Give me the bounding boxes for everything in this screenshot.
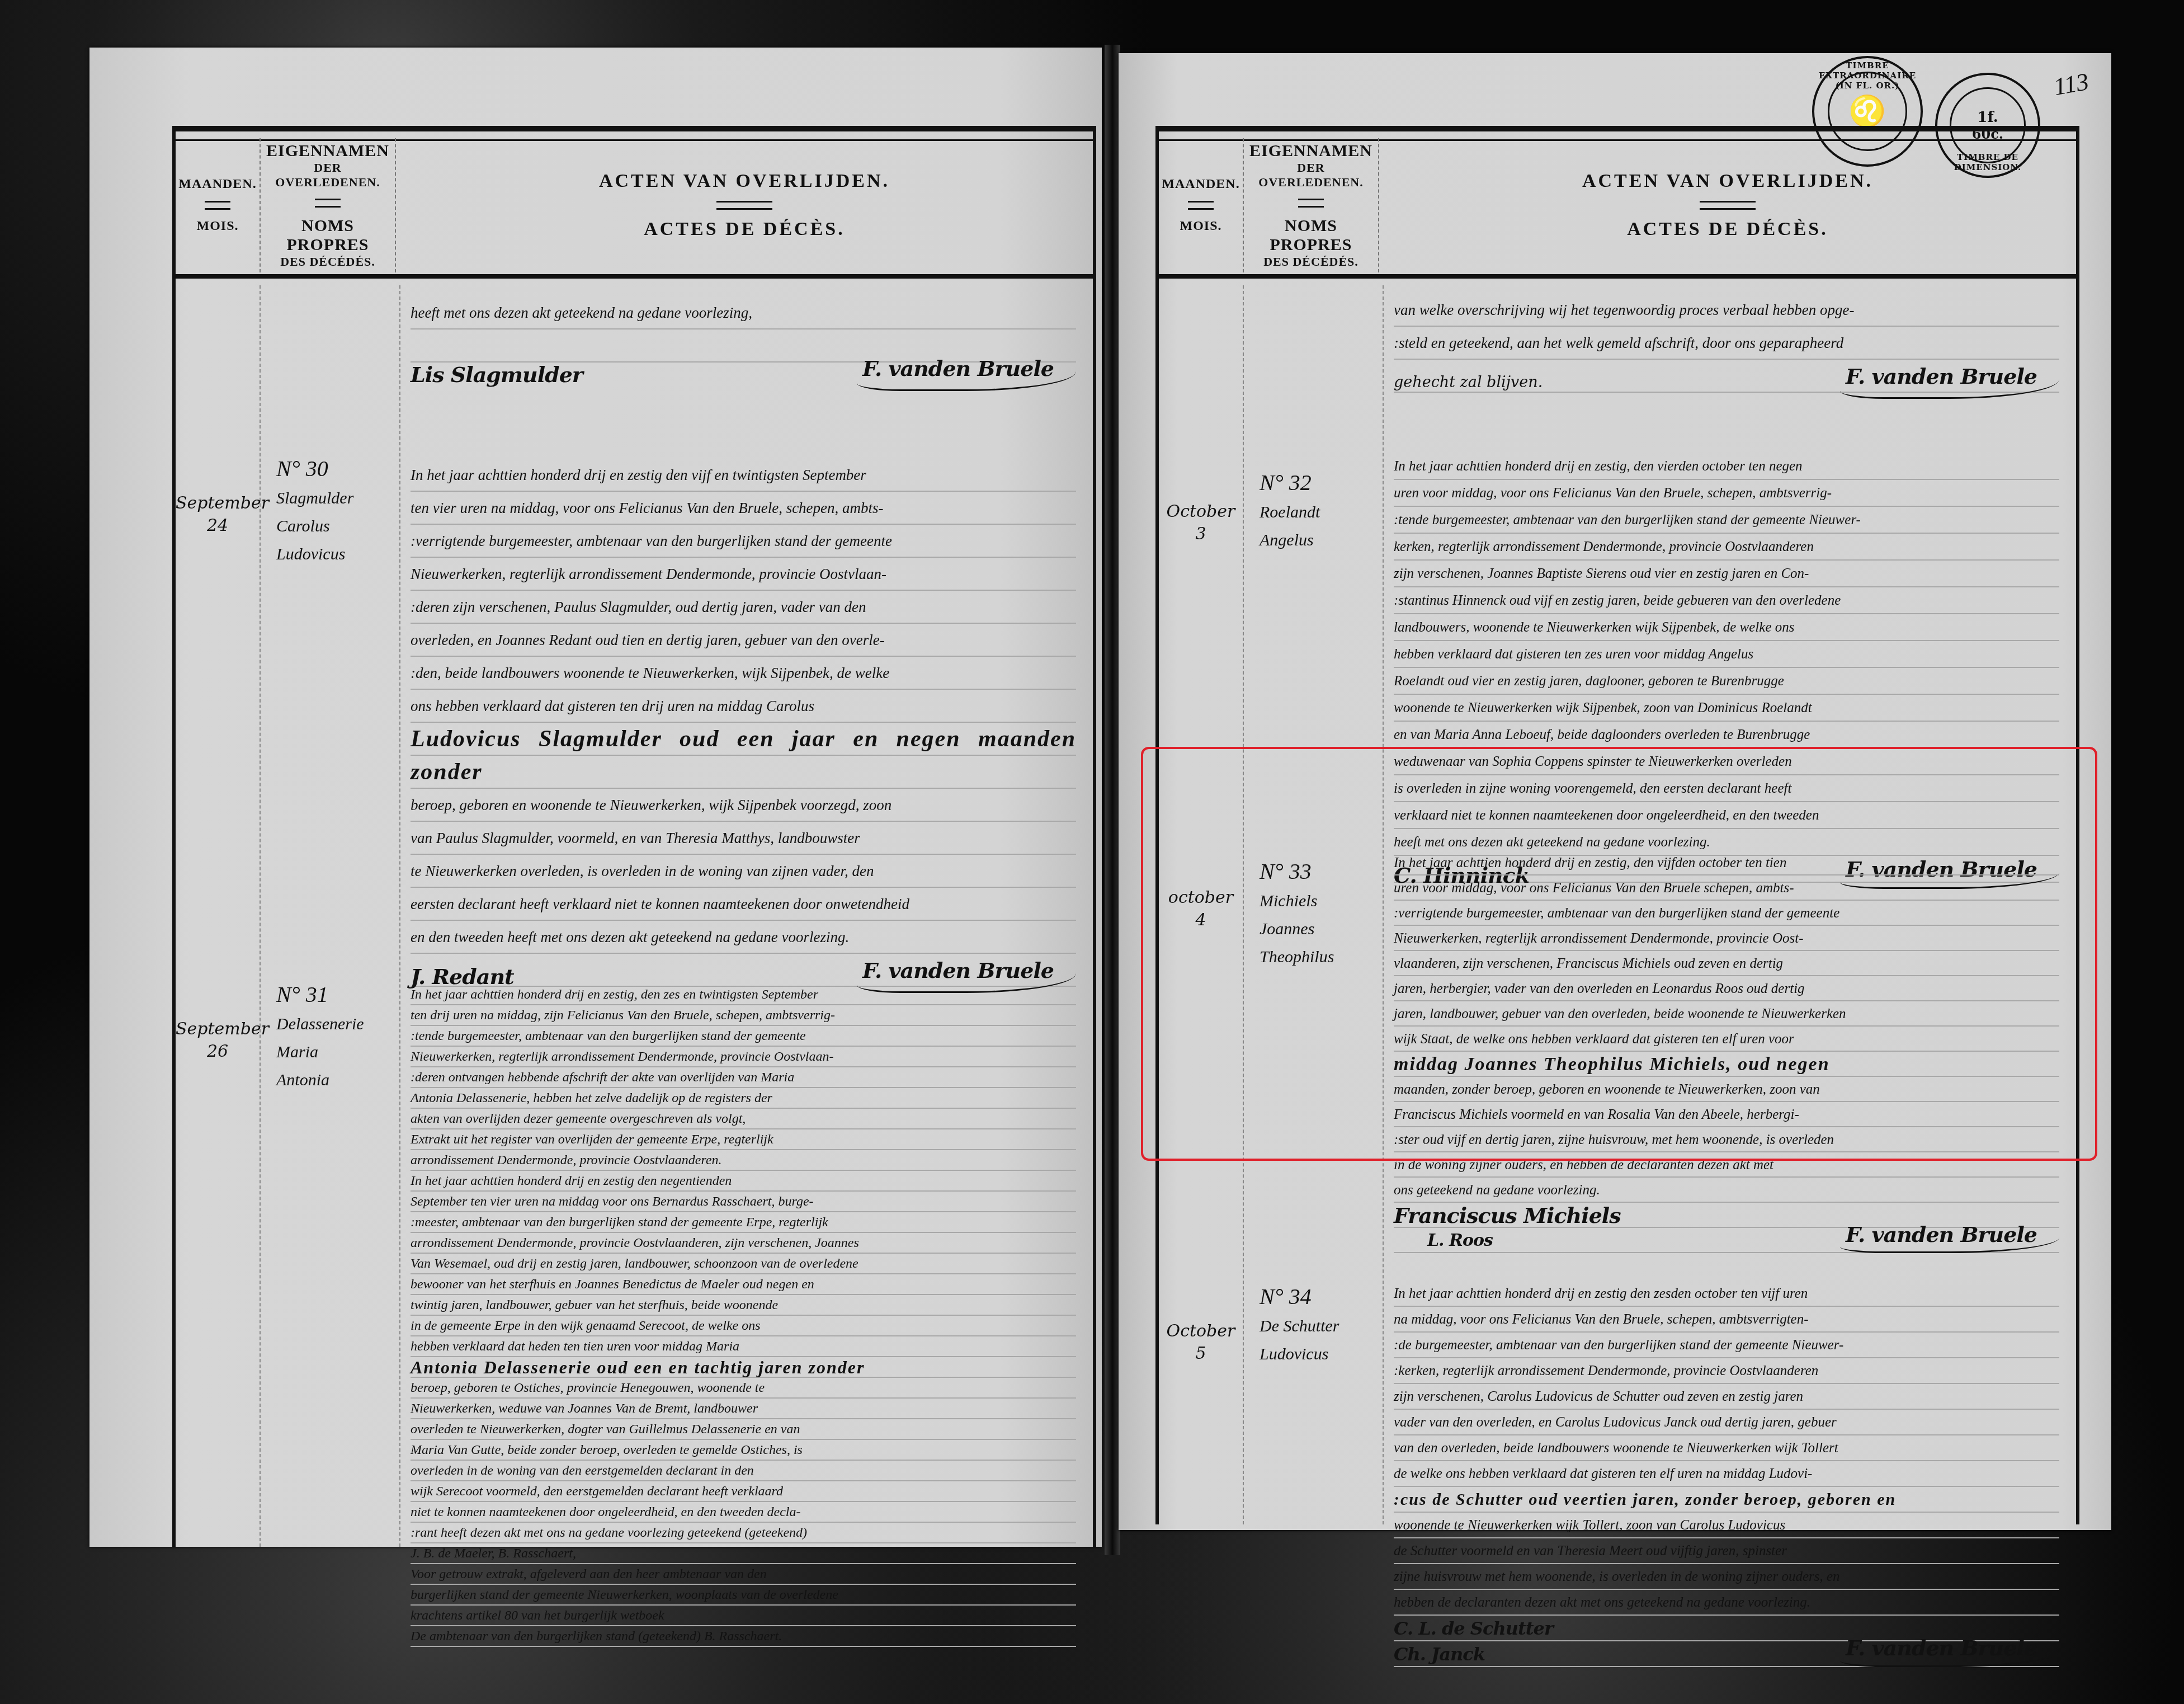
- text-line: wijk Serecoot voormeld, den eerstgemelde…: [411, 1481, 1076, 1502]
- text-line: woonende te Nieuwerkerken wijk Tollert, …: [1394, 1513, 2059, 1538]
- text-line: Nieuwerkerken, regterlijk arrondissement…: [411, 558, 1076, 591]
- text-line: hebben de declaranten dezen akt met ons …: [1394, 1590, 2059, 1616]
- text-line: zijn verschenen, Carolus Ludovicus de Sc…: [1394, 1384, 2059, 1410]
- text-line: de Schutter voormeld en van Theresia Mee…: [1394, 1538, 2059, 1564]
- text-line: Nieuwerkerken, regterlijk arrondissement…: [411, 1047, 1076, 1067]
- text-line: In het jaar achttien honderd drij en zes…: [1394, 1281, 2059, 1307]
- text-line: overleden te Nieuwerkerken, dogter van G…: [411, 1419, 1076, 1440]
- text-line: Van Wesemael, oud drij en zestig jaren, …: [411, 1254, 1076, 1274]
- text-line: Voor getrouw extrakt, afgeleverd aan den…: [411, 1564, 1076, 1585]
- text-line: In het jaar achttien honderd drij en zes…: [411, 459, 1076, 492]
- signature-row: gehecht zal blijven. F. vanden Bruele: [1394, 360, 2059, 399]
- names-nl-label: EIGENNAMEN: [1249, 142, 1372, 161]
- double-rule: [205, 201, 230, 210]
- text-line: vader van den overleden, en Carolus Ludo…: [1394, 1410, 2059, 1435]
- entry-number: N° 31: [276, 979, 405, 1010]
- text-line: De ambtenaar van den burgerlijken stand …: [411, 1626, 1076, 1647]
- surname: De Schutter: [1260, 1312, 1388, 1340]
- text-line: arrondissement Dendermonde, provincie Oo…: [411, 1233, 1076, 1254]
- text-line: hebben verklaard dat heden ten tien uren…: [411, 1336, 1076, 1357]
- text-line: zijne huisvrouw met hem woonende, is ove…: [1394, 1564, 2059, 1590]
- declarant-signatures: Franciscus Michiels L. Roos: [1394, 1203, 1621, 1253]
- text-line: ons geteekend na gedane voorlezing.: [1394, 1178, 2059, 1203]
- text-line: :verrigtende burgemeester, ambtenaar van…: [411, 525, 1076, 558]
- text-line: beroep, geboren te Ostiches, provincie H…: [411, 1378, 1076, 1399]
- text-line: en van Maria Anna Leboeuf, beide dagloon…: [1394, 722, 2059, 749]
- months-nl-label: MAANDEN.: [1162, 177, 1239, 192]
- text-line: na middag, voor ons Felicianus Van den B…: [1394, 1307, 2059, 1333]
- signature-witness: L. Roos: [1394, 1228, 1621, 1253]
- text-line: burgerlijken stand der gemeente Nieuwerk…: [411, 1585, 1076, 1606]
- entry-text: In het jaar achttien honderd drij en zes…: [1394, 1281, 2059, 1667]
- entry-names: N° 31 Delassenerie Maria Antonia: [265, 979, 405, 1094]
- text-line: ons hebben verklaard dat gisteren ten dr…: [411, 690, 1076, 723]
- text-line: woonende te Nieuwerkerken wijk Sijpenbek…: [1394, 695, 2059, 722]
- names-fr-sub: DES DÉCÉDÉS.: [280, 255, 375, 269]
- signature-row: Franciscus Michiels L. Roos F. vanden Br…: [1394, 1203, 2059, 1253]
- left-column-header: MAANDEN. MOIS. EIGENNAMEN DER OVERLEDENE…: [176, 138, 1093, 272]
- text-line: uren voor middag, voor ons Felicianus Va…: [1394, 480, 2059, 507]
- given-name: Carolus: [276, 512, 405, 540]
- signature-declarant: Lis Slagmulder: [411, 358, 583, 391]
- entry-names: N° 30 Slagmulder Carolus Ludovicus: [265, 453, 405, 568]
- months-nl-label: MAANDEN.: [178, 177, 256, 192]
- text-line: :den, beide landbouwers woonende te Nieu…: [411, 657, 1076, 690]
- text-line: overleden in de woning van den eerstgeme…: [411, 1461, 1076, 1481]
- text-line: de welke ons hebben verklaard dat gister…: [1394, 1461, 2059, 1487]
- carryover-block: heeft met ons dezen akt geteekend na ged…: [176, 296, 1093, 431]
- double-rule: [1700, 201, 1756, 210]
- text-line: Extrakt uit het register van overlijden …: [411, 1129, 1076, 1150]
- signature-witness: Ch. Janck: [1394, 1641, 1553, 1667]
- entry-names: N° 34 De Schutter Ludovicus: [1248, 1281, 1388, 1368]
- months-header: MAANDEN. MOIS.: [176, 138, 261, 272]
- signature-row: C. L. de Schutter Ch. Janck F. vanden Br…: [1394, 1616, 2059, 1667]
- text-line: bewooner van het sterfhuis en Joannes Be…: [411, 1274, 1076, 1295]
- acts-header: ACTEN VAN OVERLIJDEN. ACTES DE DÉCÈS.: [396, 138, 1093, 272]
- months-fr-label: MOIS.: [196, 219, 238, 234]
- signature-official: F. vanden Bruele: [1840, 1222, 2059, 1253]
- text-line: van den overleden, beide landbouwers woo…: [1394, 1435, 2059, 1461]
- text-line: :deren zijn verschenen, Paulus Slagmulde…: [411, 591, 1076, 624]
- acts-header: ACTEN VAN OVERLIJDEN. ACTES DE DÉCÈS.: [1379, 138, 2076, 272]
- text-line: :stantinus Hinnenck oud vijf en zestig j…: [1394, 587, 2059, 614]
- text-line: :steld en geteekend, aan het welk gemeld…: [1394, 327, 2059, 360]
- given-name: Antonia: [276, 1066, 405, 1094]
- text-line: J. B. de Maeler, B. Rasschaert,: [411, 1543, 1076, 1564]
- text-line: :tende burgemeester, ambtenaar van den b…: [411, 1026, 1076, 1047]
- entry-number: N° 32: [1260, 467, 1388, 498]
- text-line: zijn verschenen, Joannes Baptiste Sieren…: [1394, 561, 2059, 587]
- left-page: MAANDEN. MOIS. EIGENNAMEN DER OVERLEDENE…: [89, 48, 1102, 1547]
- text-line: akten van overlijden dezer gemeente over…: [411, 1109, 1076, 1129]
- given-name: Maria: [276, 1038, 405, 1066]
- text-line: :meester, ambtenaar van den burgerlijken…: [411, 1212, 1076, 1233]
- entry-text: In het jaar achttien honderd drij en zes…: [411, 985, 1076, 1647]
- names-nl-sub: DER OVERLEDENEN.: [261, 161, 395, 190]
- given-name: Ludovicus: [276, 540, 405, 568]
- lion-icon: ♌: [1848, 93, 1886, 129]
- book-spine: [1105, 45, 1120, 1555]
- text-line: ten vier uren na middag, voor ons Felici…: [411, 492, 1076, 525]
- text-line: beroep, geboren en woonende te Nieuwerke…: [411, 789, 1076, 822]
- text-line: arrondissement Dendermonde, provincie Oo…: [411, 1150, 1076, 1171]
- text-line: Maria Van Gutte, beide zonder beroep, ov…: [411, 1440, 1076, 1461]
- entry-month: October: [1159, 1320, 1243, 1343]
- header-rule: [176, 274, 1093, 279]
- right-column-header: MAANDEN. MOIS. EIGENNAMEN DER OVERLEDENE…: [1159, 138, 2076, 272]
- text-line: :tende burgemeester, ambtenaar van den b…: [1394, 507, 2059, 534]
- acts-nl-title: ACTEN VAN OVERLIJDEN.: [1582, 171, 1873, 192]
- signature-father: Franciscus Michiels: [1394, 1203, 1621, 1228]
- text-line: Nieuwerkerken, weduwe van Joannes Van de…: [411, 1399, 1076, 1419]
- entry-month: October: [1159, 501, 1243, 523]
- stamp-ring-text: TIMBRE EXTRAORDINAIRE (IN FL. OR.): [1814, 60, 1921, 91]
- text-line: en den tweeden heeft met ons dezen akt g…: [411, 921, 1076, 954]
- names-fr-label: NOMS PROPRES: [261, 216, 395, 255]
- text-line: :deren ontvangen hebbende afschrift der …: [411, 1067, 1076, 1088]
- text-line: September ten vier uren na middag voor o…: [411, 1192, 1076, 1212]
- surname: Delassenerie: [276, 1010, 405, 1038]
- text-line: eersten declarant heeft verklaard niet t…: [411, 888, 1076, 921]
- text-line: :kerken, regterlijk arrondissement Dende…: [1394, 1358, 2059, 1384]
- text-line: landbouwers, woonende te Nieuwerkerken w…: [1394, 614, 2059, 641]
- text-line: niet te konnen naamteekenen door ongelee…: [411, 1502, 1076, 1523]
- stamp-value-francs: 1f.: [1977, 109, 1998, 126]
- text-line: te Nieuwerkerken overleden, is overleden…: [411, 855, 1076, 888]
- given-name: Ludovicus: [1260, 1340, 1388, 1368]
- double-rule: [315, 199, 341, 208]
- signature-row: Lis Slagmulder F. vanden Bruele: [411, 352, 1076, 391]
- entry-day: 26: [176, 1041, 260, 1063]
- text-line: :de burgemeester, ambtenaar van den burg…: [1394, 1333, 2059, 1358]
- text-line: in de gemeente Erpe in den wijk genaamd …: [411, 1316, 1076, 1336]
- text-line: twintig jaren, landbouwer, gebuer van he…: [411, 1295, 1076, 1316]
- deceased-name-line: Antonia Delassenerie oud een en tachtig …: [411, 1357, 1076, 1378]
- months-fr-label: MOIS.: [1180, 219, 1221, 234]
- signature-official: F. vanden Bruele: [1840, 1635, 2059, 1667]
- surname: Slagmulder: [276, 484, 405, 512]
- text-line: heeft met ons dezen akt geteekend na ged…: [411, 296, 1076, 329]
- text-line: overleden, en Joannes Redant oud tien en…: [411, 624, 1076, 657]
- text-line: Roelandt oud vier en zestig jaren, daglo…: [1394, 668, 2059, 695]
- double-rule: [1298, 199, 1324, 208]
- text-line: kerken, regterlijk arrondissement Dender…: [1394, 534, 2059, 561]
- text-line: van Paulus Slagmulder, voormeld, en van …: [411, 822, 1076, 855]
- names-header: EIGENNAMEN DER OVERLEDENEN. NOMS PROPRES…: [261, 138, 396, 272]
- acts-nl-title: ACTEN VAN OVERLIJDEN.: [599, 171, 890, 192]
- signature-father: C. L. de Schutter: [1394, 1616, 1553, 1641]
- entry-date: October 3: [1159, 501, 1243, 545]
- names-fr-label: NOMS PROPRES: [1244, 216, 1378, 255]
- double-rule: [1188, 201, 1214, 210]
- entry-month: September: [176, 492, 260, 515]
- signature-official: F. vanden Bruele: [857, 352, 1076, 391]
- text-line: In het jaar achttien honderd drij en zes…: [411, 985, 1076, 1005]
- entry-date: September 26: [176, 1018, 260, 1063]
- text-line: In het jaar achttien honderd drij en zes…: [1394, 453, 2059, 480]
- text-line: Antonia Delassenerie, hebben het zelve d…: [411, 1088, 1076, 1109]
- months-header: MAANDEN. MOIS.: [1159, 138, 1244, 272]
- signature-official: F. vanden Bruele: [1840, 360, 2059, 399]
- names-header: EIGENNAMEN DER OVERLEDENEN. NOMS PROPRES…: [1244, 138, 1379, 272]
- entry-month: September: [176, 1018, 260, 1041]
- entry-day: 5: [1159, 1343, 1243, 1365]
- entry-names: N° 32 Roelandt Angelus: [1248, 467, 1388, 554]
- deceased-name-line: :cus de Schutter oud veertien jaren, zon…: [1394, 1487, 2059, 1513]
- given-name: Angelus: [1260, 526, 1388, 554]
- entry-33-highlight-box: [1141, 747, 2097, 1161]
- header-rule: [1159, 274, 2076, 279]
- entry-day: 3: [1159, 523, 1243, 545]
- entry-number: N° 34: [1260, 1281, 1388, 1312]
- left-register-frame: MAANDEN. MOIS. EIGENNAMEN DER OVERLEDENE…: [172, 126, 1096, 1547]
- names-nl-sub: DER OVERLEDENEN.: [1244, 161, 1378, 190]
- column-divider: [260, 285, 261, 1547]
- text-line: hebben verklaard dat gisteren ten zes ur…: [1394, 641, 2059, 668]
- carryover-text: heeft met ons dezen akt geteekend na ged…: [411, 296, 1076, 391]
- deceased-name-line: Ludovicus Slagmulder oud een jaar en neg…: [411, 723, 1076, 789]
- names-nl-label: EIGENNAMEN: [266, 142, 389, 161]
- acts-fr-title: ACTES DE DÉCÈS.: [644, 219, 845, 240]
- text-line: van welke overschrijving wij het tegenwo…: [1394, 294, 2059, 327]
- text-line: In het jaar achttien honderd drij en zes…: [411, 1171, 1076, 1192]
- entry-number: N° 30: [276, 453, 405, 484]
- entry-text: In het jaar achttien honderd drij en zes…: [411, 459, 1076, 993]
- text-line: ten drij uren na middag, zijn Felicianus…: [411, 1005, 1076, 1026]
- surname: Roelandt: [1260, 498, 1388, 526]
- text-line: :rant heeft dezen akt met ons na gedane …: [411, 1523, 1076, 1543]
- names-fr-sub: DES DÉCÉDÉS.: [1263, 255, 1358, 269]
- entry-date: October 5: [1159, 1320, 1243, 1365]
- entry-day: 24: [176, 515, 260, 537]
- acts-fr-title: ACTES DE DÉCÈS.: [1627, 219, 1828, 240]
- carryover-text: van welke overschrijving wij het tegenwo…: [1394, 294, 2059, 399]
- declarant-signatures: C. L. de Schutter Ch. Janck: [1394, 1616, 1553, 1667]
- left-register-body: heeft met ons dezen akt geteekend na ged…: [176, 285, 1093, 1547]
- double-rule: [716, 201, 772, 210]
- entry-date: September 24: [176, 492, 260, 537]
- text-line: gehecht zal blijven.: [1394, 366, 1543, 399]
- folio-number: 113: [2051, 67, 2091, 101]
- text-line: krachtens artikel 80 van het burgerlijk …: [411, 1606, 1076, 1626]
